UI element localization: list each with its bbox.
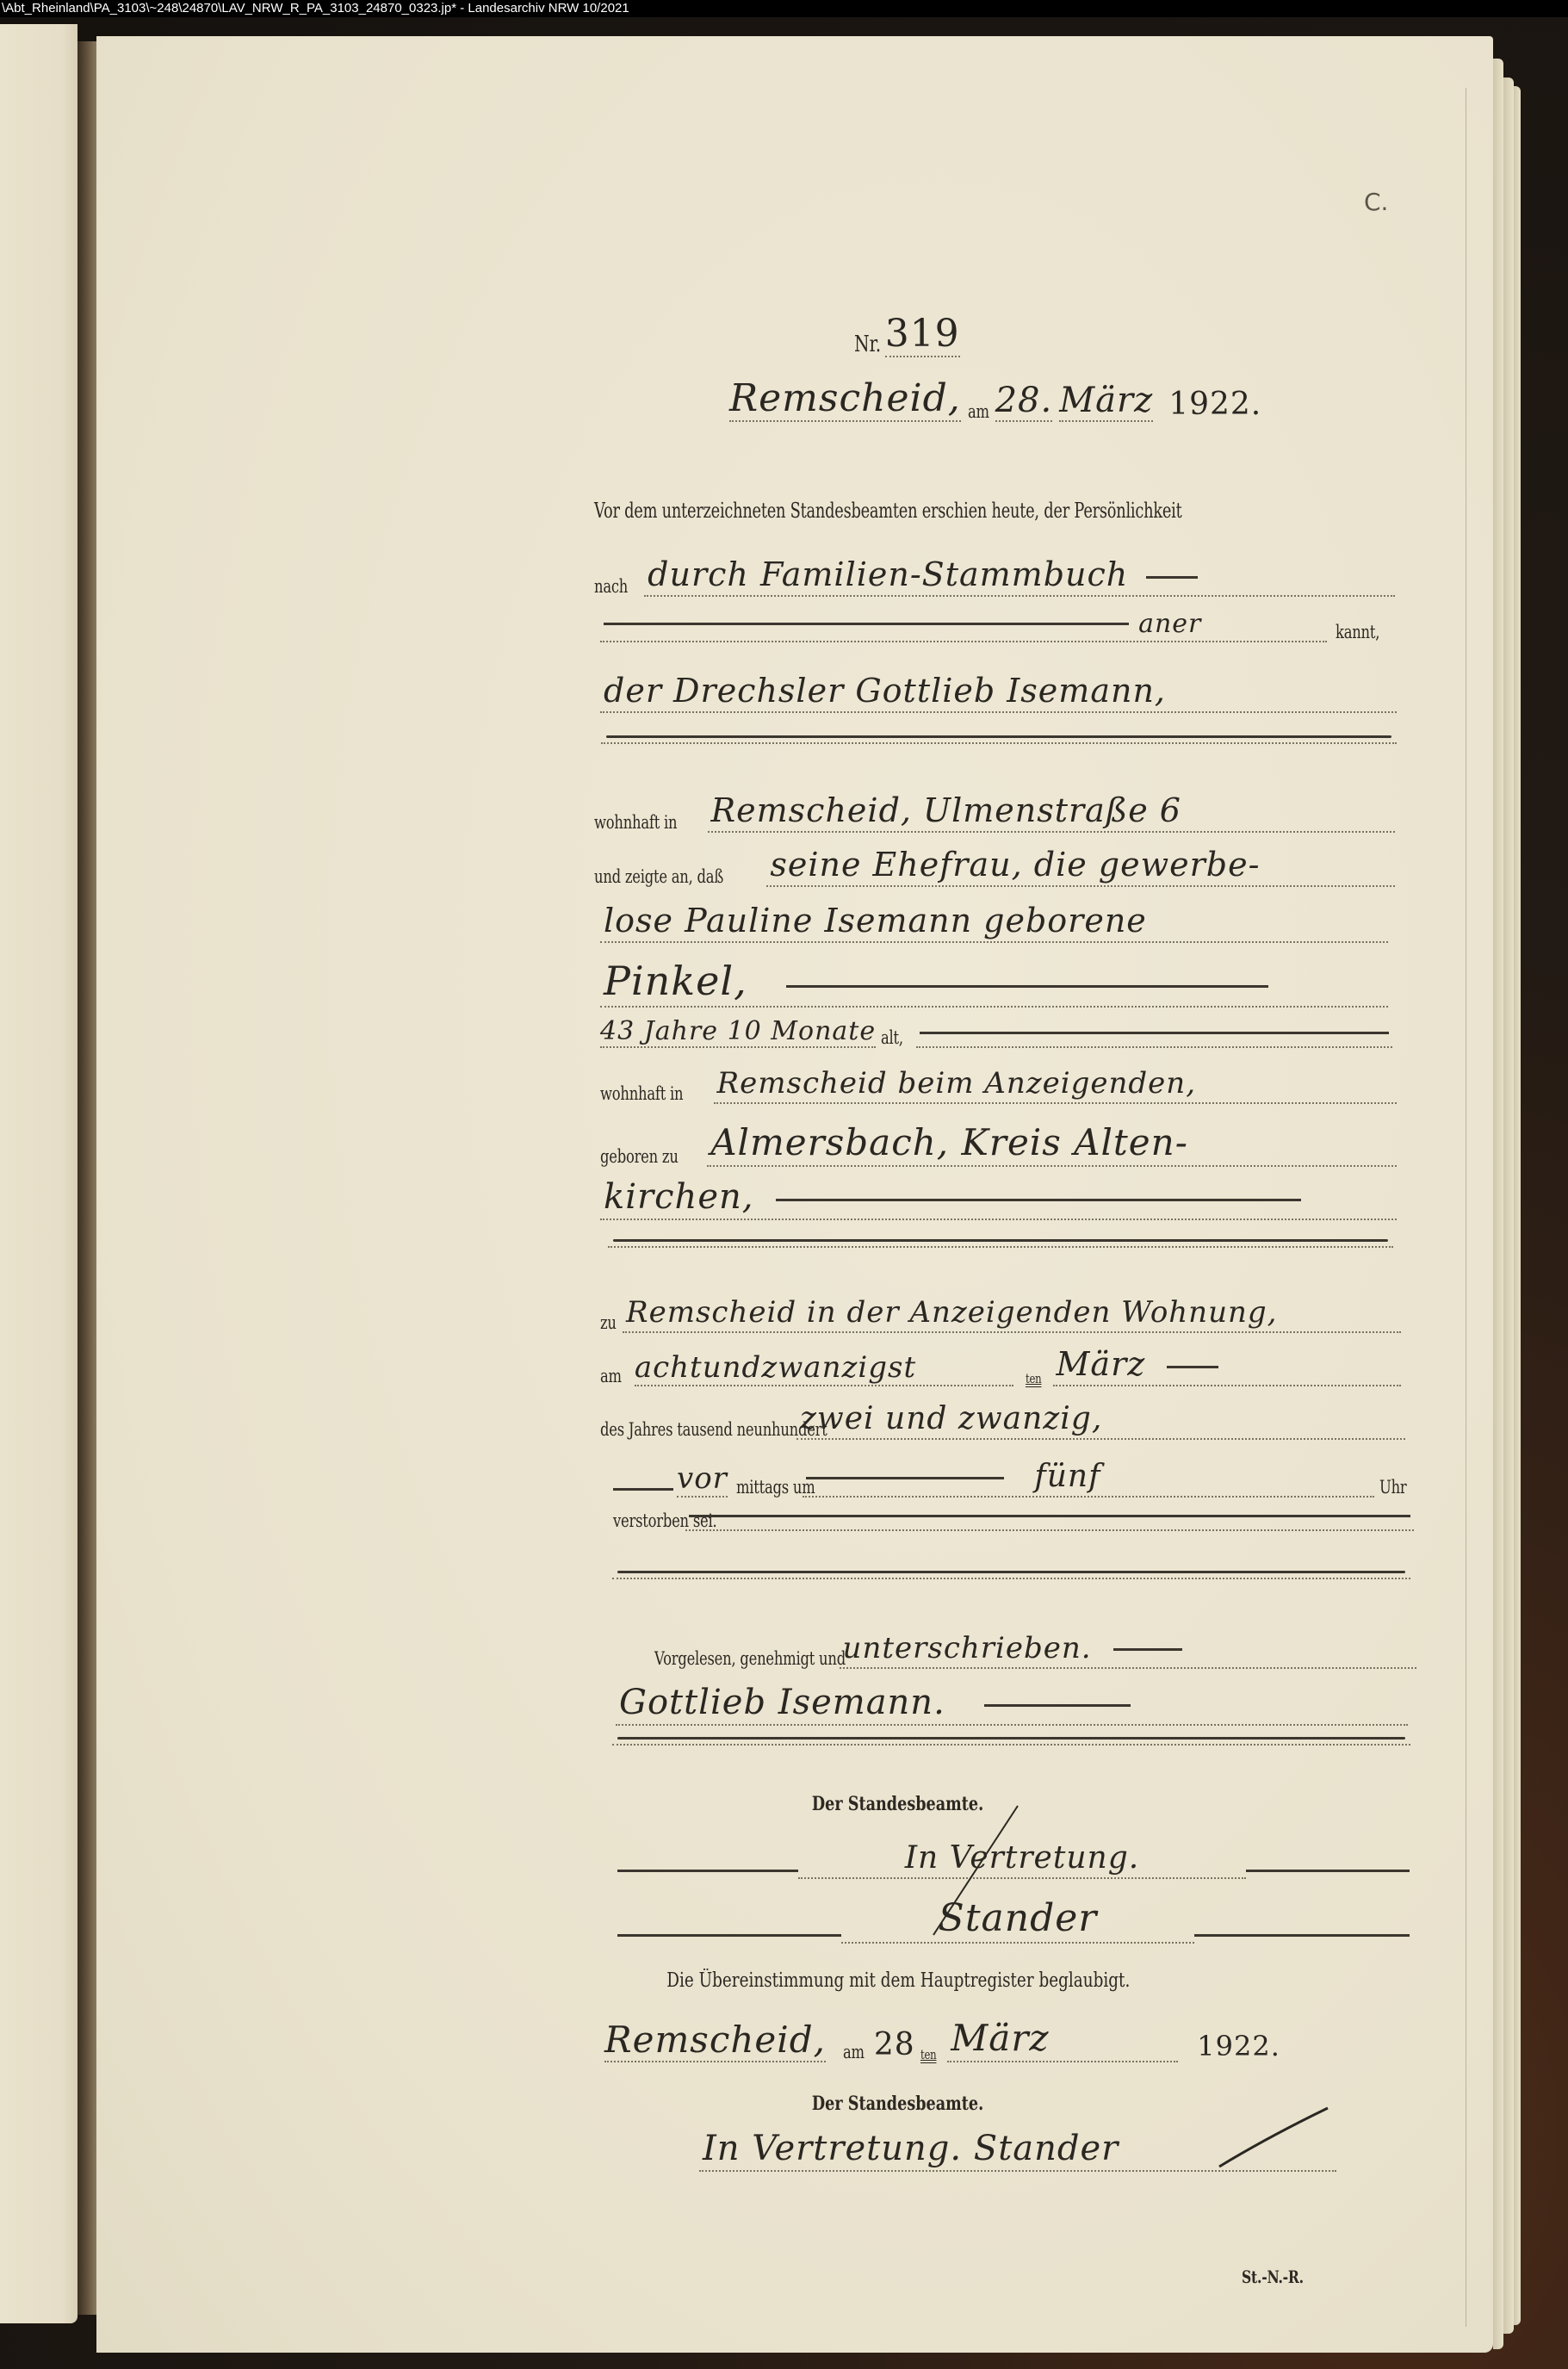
- filler-dash: [806, 1477, 1004, 1479]
- age-value: 43 Jahre 10 Monate: [600, 1016, 876, 1048]
- intro-text: Vor dem unterzeichneten Standesbeamten e…: [594, 499, 1182, 523]
- report-line: und zeigte an, daß seine Ehefrau, die ge…: [594, 846, 1395, 887]
- place-date-line: Remscheid, am 28. März 1922.: [729, 376, 1410, 422]
- death-time-suffix: Uhr: [1379, 1477, 1406, 1498]
- death-year-field: zwei und zwanzig,: [796, 1401, 1405, 1440]
- blank-rule: [617, 1571, 1405, 1573]
- death-time-field: fünf: [803, 1459, 1373, 1498]
- filler-dash: [1194, 1934, 1410, 1937]
- date-day: 28.: [995, 381, 1053, 422]
- filler-dash: [920, 1032, 1389, 1034]
- birthplace-field: Almersbach, Kreis Alten-: [707, 1121, 1397, 1167]
- place-value: Remscheid,: [729, 376, 961, 422]
- death-place-value: Remscheid in der Anzeigenden Wohnung,: [626, 1295, 1277, 1330]
- report-label: und zeigte an, daß: [594, 866, 723, 887]
- book-gutter: [77, 41, 96, 2315]
- approval-field: unterschrieben.: [840, 1631, 1416, 1669]
- informant-field: der Drechsler Gottlieb Isemann,: [600, 672, 1397, 713]
- left-page-edge: [0, 24, 77, 2323]
- filler-dash: [604, 623, 1129, 625]
- residence-field: Remscheid, Ulmenstraße 6: [708, 791, 1395, 833]
- death-record-form: Nr. 319 Remscheid, am 28. März 1922. Vor…: [96, 36, 1493, 2353]
- cert-registrar-title: Der Standesbeamte.: [200, 2093, 1568, 2115]
- signature-flourish-icon: [1216, 2103, 1336, 2172]
- deceased-filler: [685, 1511, 1414, 1531]
- date-month: März: [1059, 381, 1153, 422]
- filler-dash: [1246, 1870, 1410, 1872]
- cert-month-field: März: [947, 2017, 1178, 2062]
- deceased-field-3: Pinkel,: [600, 958, 1388, 1008]
- informant-line: der Drechsler Gottlieb Isemann,: [600, 672, 1397, 713]
- birthplace-label: geboren zu: [600, 1146, 679, 1167]
- age-label: alt,: [881, 1027, 903, 1048]
- informant-signature: Gottlieb Isemann.: [619, 1683, 945, 1722]
- identity-suffix: kannt,: [1336, 622, 1379, 642]
- cert-day: 28: [874, 2027, 915, 2062]
- window-title-bar: \Abt_Rheinland\PA_3103\~248\24870\LAV_NR…: [0, 0, 1568, 17]
- deceased-residence-field: Remscheid beim Anzeigenden,: [714, 1066, 1397, 1104]
- filler-dash: [776, 1199, 1301, 1201]
- certification-text: Die Übereinstimmung mit dem Hauptregiste…: [200, 1969, 1568, 1992]
- filler-dash: [613, 1488, 673, 1491]
- deceased-line-3: Pinkel,: [604, 958, 747, 1004]
- residence-value: Remscheid, Ulmenstraße 6: [711, 791, 1181, 829]
- deceased-field-1: seine Ehefrau, die gewerbe-: [766, 846, 1395, 887]
- death-time-prefix: vor: [677, 1461, 728, 1498]
- death-place-field: Remscheid in der Anzeigenden Wohnung,: [623, 1295, 1401, 1333]
- birthplace-field-2: kirchen,: [600, 1177, 1397, 1220]
- age-line: 43 Jahre 10 Monate alt,: [600, 1016, 1392, 1048]
- cert-month: März: [951, 2017, 1049, 2059]
- filler-dash: [617, 1934, 841, 1937]
- blank-rule: [613, 1239, 1388, 1242]
- date-year: 1922.: [1168, 387, 1261, 422]
- deceased-field-2: lose Pauline Isemann geborene: [600, 902, 1388, 943]
- blank-rule: [606, 735, 1391, 738]
- approval-value: unterschrieben.: [843, 1631, 1092, 1665]
- birthplace-value: Almersbach, Kreis Alten-: [710, 1121, 1188, 1163]
- blank-rule: [617, 1737, 1405, 1740]
- death-day-suffix: ten: [1026, 1371, 1041, 1386]
- footer-mark: St.-N.-R.: [1242, 2267, 1304, 2287]
- informant-signature-field: Gottlieb Isemann.: [616, 1683, 1408, 1726]
- death-month-field: März: [1053, 1345, 1401, 1386]
- approval-line: Vorgelesen, genehmigt und unterschrieben…: [654, 1631, 1416, 1669]
- death-year-value: zwei und zwanzig,: [800, 1401, 1102, 1436]
- cert-prefix: am: [843, 2042, 865, 2062]
- intro-line: Vor dem unterzeichneten Standesbeamten e…: [594, 499, 1388, 523]
- deceased-line: verstorben sei.: [613, 1510, 1414, 1531]
- birthplace-line-2: kirchen,: [600, 1177, 1397, 1220]
- identity-line: nach durch Familien-Stammbuch: [594, 555, 1395, 597]
- registrar-title: Der Standesbeamte.: [200, 1793, 1568, 1815]
- signature-stroke-icon: [923, 1802, 1026, 1939]
- deceased-line-1: seine Ehefrau, die gewerbe-: [770, 846, 1260, 884]
- cert-day-suffix: ten: [920, 2047, 936, 2062]
- filler-dash: [689, 1515, 1410, 1517]
- death-day-label: am: [600, 1366, 622, 1386]
- filler-dash: [1146, 576, 1198, 579]
- page-edge: [1503, 78, 1514, 2334]
- cert-place: Remscheid,: [604, 2019, 826, 2062]
- register-page: C. Nr. 319 Remscheid, am 28. März 1922. …: [96, 36, 1493, 2353]
- death-year-label: des Jahres tausend neunhundert: [600, 1419, 827, 1440]
- death-place-line: zu Remscheid in der Anzeigenden Wohnung,: [600, 1295, 1401, 1333]
- cert-year: 1922.: [1197, 2030, 1280, 2062]
- footer-mark-line: St.-N.-R.: [1242, 2267, 1321, 2287]
- deceased-residence-label: wohnhaft in: [600, 1083, 683, 1104]
- death-time-value: fünf: [1034, 1459, 1100, 1494]
- death-time-line: vor mittags um fünf Uhr: [613, 1459, 1414, 1498]
- residence-label: wohnhaft in: [594, 812, 677, 833]
- cert-date-line: Remscheid, am 28 ten März 1922.: [604, 2017, 1414, 2062]
- death-month: März: [1057, 1345, 1146, 1383]
- filler-dash: [617, 1870, 798, 1872]
- record-number-label: Nr.: [854, 332, 881, 357]
- filler-dash: [1113, 1648, 1182, 1651]
- residence-line: wohnhaft in Remscheid, Ulmenstraße 6: [594, 791, 1395, 833]
- cert-signature: In Vertretung. Stander: [703, 2129, 1119, 2168]
- identity-label: nach: [594, 576, 628, 597]
- identity-suffix-hand: aner: [1138, 609, 1201, 639]
- death-day-line: am achtundzwanzigst ten März: [600, 1345, 1401, 1386]
- window-title: \Abt_Rheinland\PA_3103\~248\24870\LAV_NR…: [2, 1, 629, 16]
- death-year-line: des Jahres tausend neunhundert zwei und …: [600, 1401, 1405, 1440]
- deceased-residence-line: wohnhaft in Remscheid beim Anzeigenden,: [600, 1066, 1397, 1104]
- page-edge: [1493, 59, 1503, 2349]
- deceased-line-2: lose Pauline Isemann geborene: [604, 902, 1147, 940]
- age-filler: [916, 1028, 1392, 1048]
- record-number: 319: [885, 312, 960, 357]
- deceased-line-3-row: Pinkel,: [600, 958, 1388, 1008]
- identity-line-2: aner kannt,: [600, 609, 1392, 642]
- deceased-line-2-row: lose Pauline Isemann geborene: [600, 902, 1388, 943]
- identity-value: durch Familien-Stammbuch: [648, 555, 1128, 593]
- informant-value: der Drechsler Gottlieb Isemann,: [604, 672, 1166, 710]
- identity-field-2: aner: [600, 609, 1327, 642]
- birthplace-value-2: kirchen,: [604, 1177, 753, 1217]
- filler-dash: [1167, 1366, 1218, 1368]
- record-number-line: Nr. 319: [854, 312, 960, 357]
- filler-dash: [786, 985, 1268, 988]
- deceased-residence-value: Remscheid beim Anzeigenden,: [717, 1066, 1196, 1101]
- informant-signature-line: Gottlieb Isemann.: [616, 1683, 1408, 1726]
- filler-dash: [984, 1704, 1131, 1707]
- approval-label: Vorgelesen, genehmigt und: [654, 1648, 846, 1669]
- date-prefix: am: [968, 401, 989, 422]
- birthplace-line: geboren zu Almersbach, Kreis Alten-: [600, 1121, 1397, 1167]
- death-place-label: zu: [600, 1312, 617, 1333]
- death-day-value: achtundzwanzigst: [635, 1350, 1013, 1386]
- identity-field: durch Familien-Stammbuch: [644, 555, 1395, 597]
